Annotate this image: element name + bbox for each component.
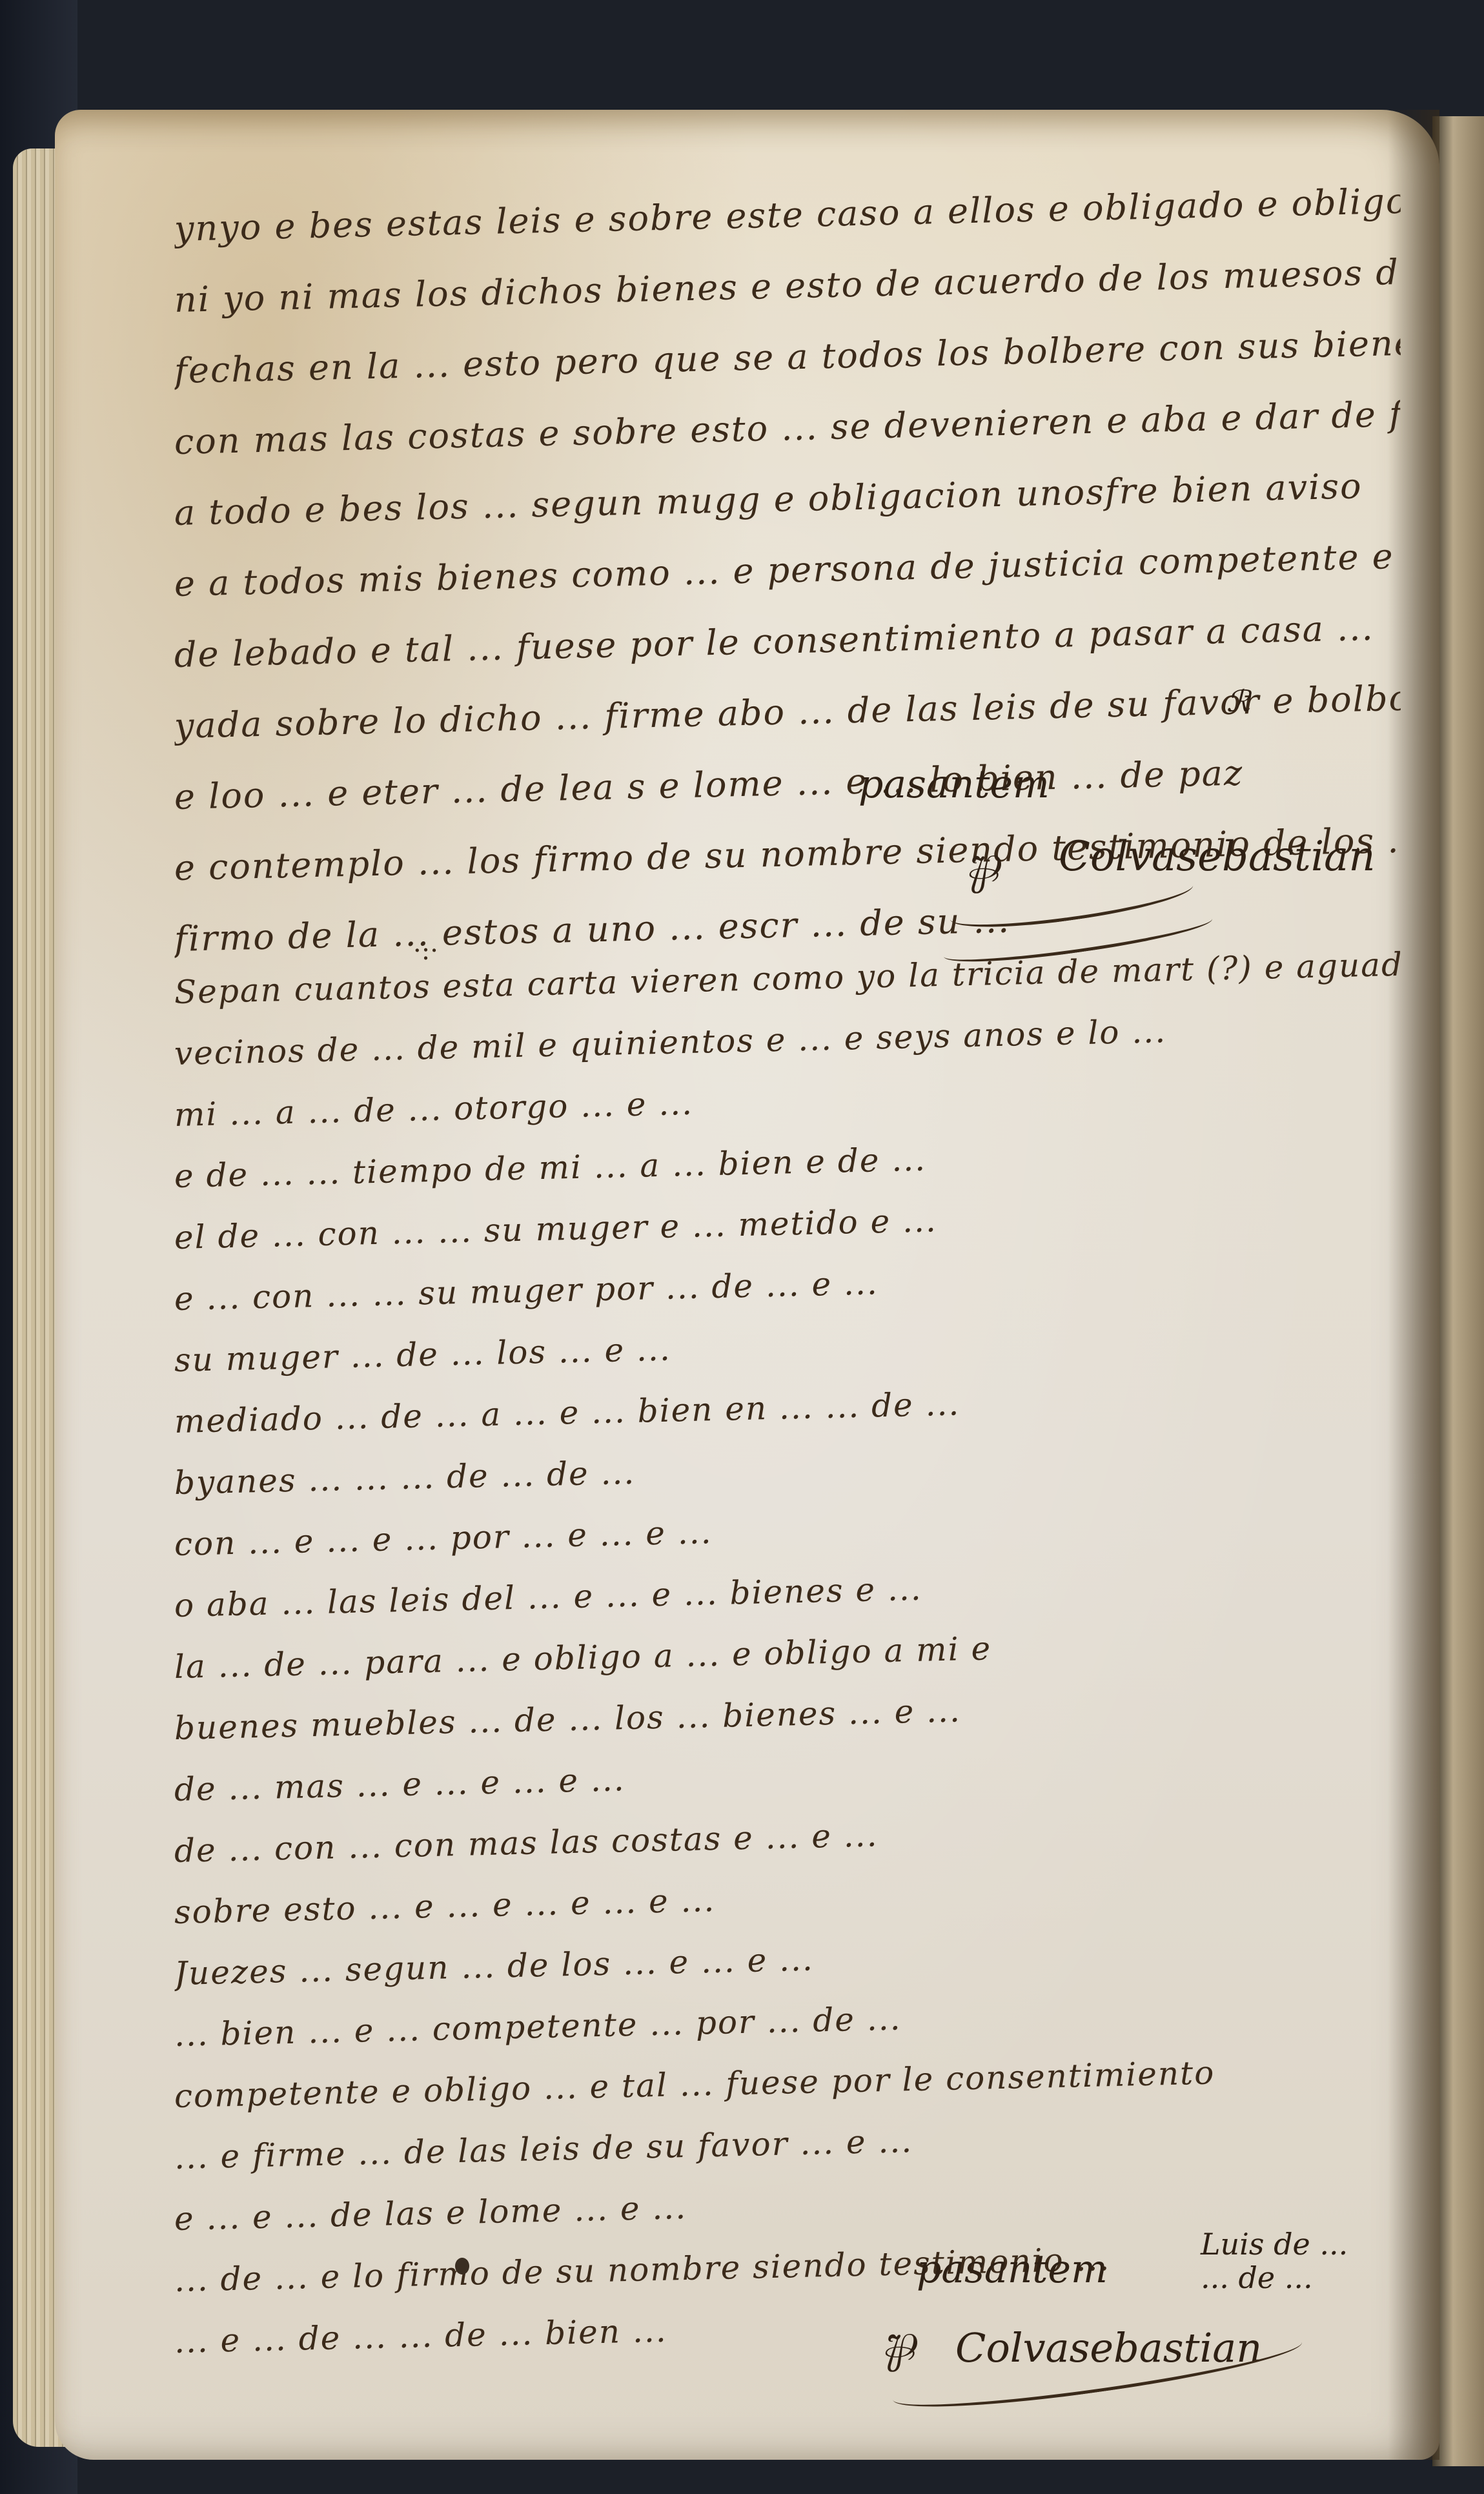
right-signature-block: Luis de ... ... de ...: [1201, 2227, 1394, 2295]
right-signature-line-2: ... de ...: [1201, 2261, 1394, 2295]
paraph-icon: ⅌: [878, 2337, 911, 2371]
text-block-2: Sepan cuantos esta carta vieren como yo …: [174, 962, 1401, 2373]
right-margin-rubric: ℛ: [1226, 684, 1394, 718]
witness-label-2: pasantem: [917, 2247, 1108, 2292]
adjacent-page-edge: [1432, 116, 1484, 2466]
witness-label-1: pasantem: [859, 762, 1050, 807]
paraph-icon: ⅌: [962, 859, 995, 892]
right-signature-line-1: Luis de ...: [1201, 2227, 1394, 2261]
signature-name-1: Colvasebastian: [1059, 833, 1376, 881]
ink-blot: [455, 2258, 469, 2274]
rubric-icon: ℛ: [1226, 684, 1394, 718]
